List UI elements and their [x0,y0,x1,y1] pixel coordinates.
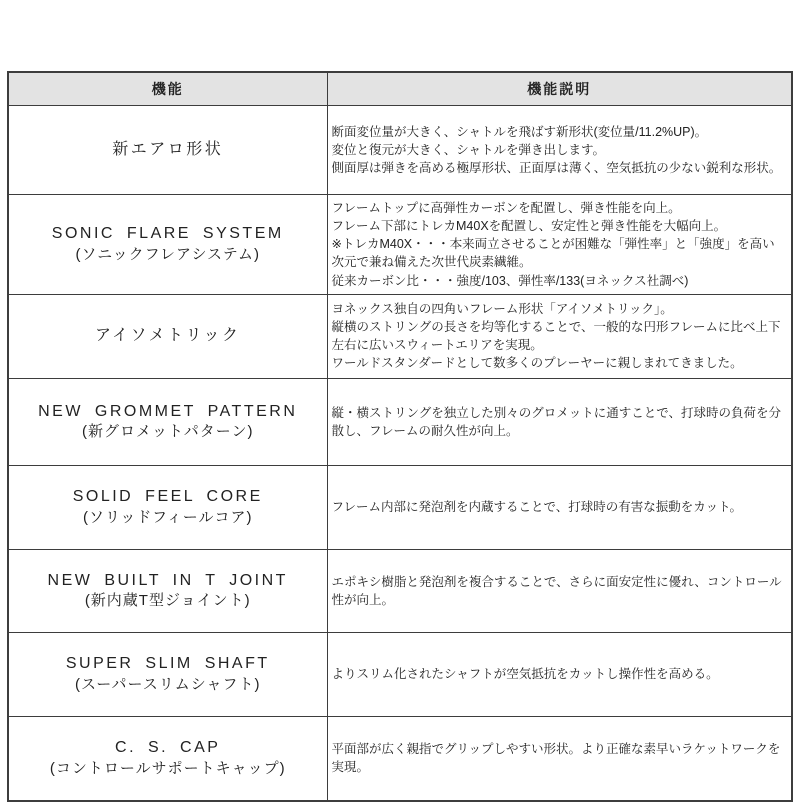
feature-name-cell: NEW BUILT IN T JOINT (新内蔵T型ジョイント) [8,549,327,632]
table-row: 新エアロ形状 断面変位量が大きく、シャトルを飛ばす新形状(変位量/11.2%UP… [8,106,792,195]
feature-name: NEW BUILT IN T JOINT [15,570,321,592]
feature-subname: (スーパースリムシャフト) [15,675,321,695]
feature-description-cell: 縦・横ストリングを独立した別々のグロメットに通すことで、打球時の負荷を分散し、フ… [327,378,792,465]
feature-description-cell: 断面変位量が大きく、シャトルを飛ばす新形状(変位量/11.2%UP)。 変位と復… [327,106,792,195]
feature-name: アイソメトリック [15,325,321,347]
feature-name-cell: SUPER SLIM SHAFT (スーパースリムシャフト) [8,632,327,716]
feature-description: フレーム内部に発泡剤を内蔵することで、打球時の有害な振動をカット。 [332,498,786,516]
feature-spec-table-container: 機能 機能説明 新エアロ形状 断面変位量が大きく、シャトルを飛ばす新形状(変位量… [7,71,791,802]
feature-subname: (ソニックフレアシステム) [15,245,321,265]
feature-description-cell: フレームトップに高弾性カーボンを配置し、弾き性能を向上。 フレーム下部にトレカM… [327,195,792,295]
feature-description: 断面変位量が大きく、シャトルを飛ばす新形状(変位量/11.2%UP)。 変位と復… [332,123,786,177]
feature-subname: (ソリッドフィールコア) [15,508,321,528]
feature-name-cell: SONIC FLARE SYSTEM (ソニックフレアシステム) [8,195,327,295]
feature-description: エポキシ樹脂と発泡剤を複合することで、さらに面安定性に優れ、コントロール性が向上… [332,573,786,609]
feature-description: ヨネックス独自の四角いフレーム形状「アイソメトリック」。 縦横のストリングの長さ… [332,300,786,373]
feature-subname: (コントロールサポートキャップ) [15,759,321,779]
description-column-header: 機能説明 [327,72,792,106]
feature-name: NEW GROMMET PATTERN [15,401,321,423]
table-row: SOLID FEEL CORE (ソリッドフィールコア) フレーム内部に発泡剤を… [8,465,792,549]
table-row: NEW BUILT IN T JOINT (新内蔵T型ジョイント) エポキシ樹脂… [8,549,792,632]
feature-description-cell: エポキシ樹脂と発泡剤を複合することで、さらに面安定性に優れ、コントロール性が向上… [327,549,792,632]
table-row: アイソメトリック ヨネックス独自の四角いフレーム形状「アイソメトリック」。 縦横… [8,294,792,378]
table-row: NEW GROMMET PATTERN (新グロメットパターン) 縦・横ストリン… [8,378,792,465]
feature-spec-table: 機能 機能説明 新エアロ形状 断面変位量が大きく、シャトルを飛ばす新形状(変位量… [7,71,793,802]
table-row: SONIC FLARE SYSTEM (ソニックフレアシステム) フレームトップ… [8,195,792,295]
table-row: SUPER SLIM SHAFT (スーパースリムシャフト) よりスリム化された… [8,632,792,716]
feature-column-header: 機能 [8,72,327,106]
feature-name: SONIC FLARE SYSTEM [15,223,321,245]
feature-description-cell: ヨネックス独自の四角いフレーム形状「アイソメトリック」。 縦横のストリングの長さ… [327,294,792,378]
feature-name-cell: SOLID FEEL CORE (ソリッドフィールコア) [8,465,327,549]
feature-description: よりスリム化されたシャフトが空気抵抗をカットし操作性を高める。 [332,665,786,683]
feature-description: 縦・横ストリングを独立した別々のグロメットに通すことで、打球時の負荷を分散し、フ… [332,404,786,440]
feature-description-cell: フレーム内部に発泡剤を内蔵することで、打球時の有害な振動をカット。 [327,465,792,549]
feature-name: SUPER SLIM SHAFT [15,653,321,675]
feature-description-cell: よりスリム化されたシャフトが空気抵抗をカットし操作性を高める。 [327,632,792,716]
feature-description-cell: 平面部が広く親指でグリップしやすい形状。より正確な素早いラケットワークを実現。 [327,716,792,801]
feature-description: フレームトップに高弾性カーボンを配置し、弾き性能を向上。 フレーム下部にトレカM… [332,199,786,290]
feature-name: SOLID FEEL CORE [15,486,321,508]
feature-description: 平面部が広く親指でグリップしやすい形状。より正確な素早いラケットワークを実現。 [332,740,786,776]
feature-name: C. S. CAP [15,737,321,759]
feature-name-cell: NEW GROMMET PATTERN (新グロメットパターン) [8,378,327,465]
table-row: C. S. CAP (コントロールサポートキャップ) 平面部が広く親指でグリップ… [8,716,792,801]
table-header-row: 機能 機能説明 [8,72,792,106]
feature-subname: (新グロメットパターン) [15,422,321,442]
feature-name: 新エアロ形状 [15,139,321,161]
feature-name-cell: C. S. CAP (コントロールサポートキャップ) [8,716,327,801]
feature-subname: (新内蔵T型ジョイント) [15,591,321,611]
feature-name-cell: 新エアロ形状 [8,106,327,195]
feature-name-cell: アイソメトリック [8,294,327,378]
